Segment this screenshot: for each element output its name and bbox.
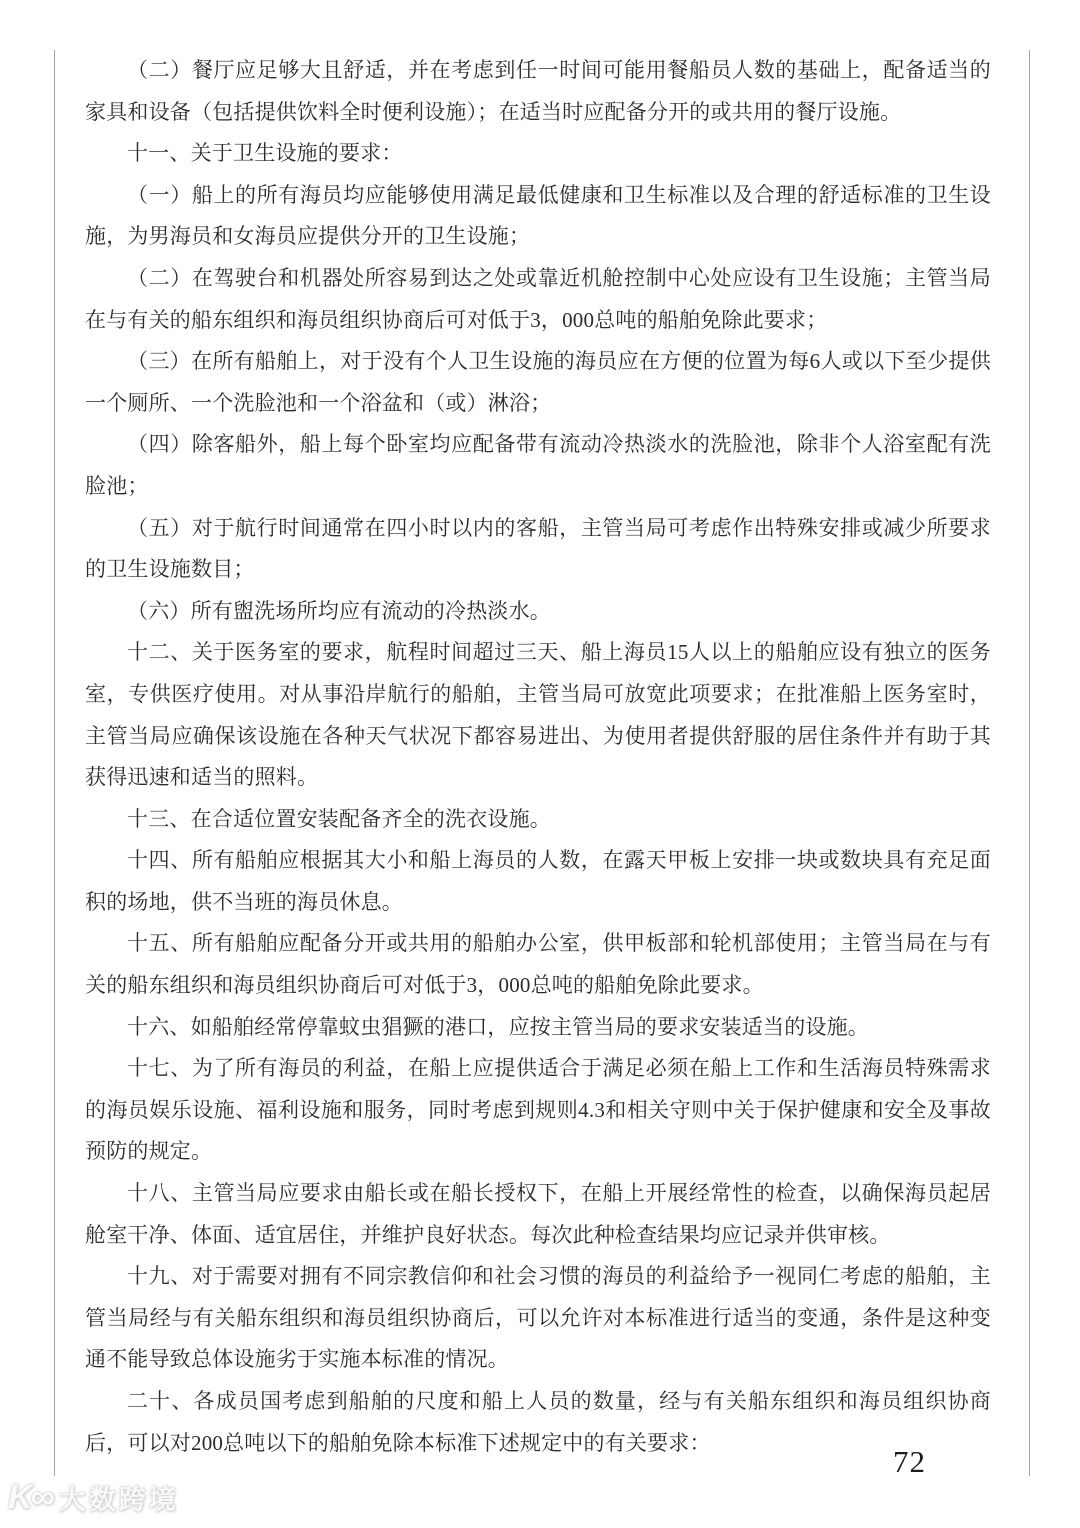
paragraph: （六）所有盥洗场所均应有流动的冷热淡水。 <box>85 591 991 633</box>
page-number: 72 <box>893 1444 926 1480</box>
paragraph: 十九、对于需要对拥有不同宗教信仰和社会习惯的海员的利益给予一视同仁考虑的船舶，主… <box>85 1256 991 1381</box>
watermark: K∞ 大数跨境 <box>8 1478 179 1517</box>
paragraph: 十三、在合适位置安装配备齐全的洗衣设施。 <box>85 799 991 841</box>
paragraph: （二）餐厅应足够大且舒适，并在考虑到任一时间可能用餐船员人数的基础上，配备适当的… <box>85 50 991 133</box>
paragraph: （二）在驾驶台和机器处所容易到达之处或靠近机舱控制中心处应设有卫生设施；主管当局… <box>85 258 991 341</box>
paragraph: （五）对于航行时间通常在四小时以内的客船，主管当局可考虑作出特殊安排或减少所要求… <box>85 508 991 591</box>
paragraph: 十六、如船舶经常停靠蚊虫猖獗的港口，应按主管当局的要求安装适当的设施。 <box>85 1007 991 1049</box>
paragraph: 十一、关于卫生设施的要求： <box>85 133 991 175</box>
watermark-brand-text: 大数跨境 <box>59 1478 179 1517</box>
page-border-left <box>54 50 55 1476</box>
page-border-right <box>1029 50 1030 1476</box>
paragraph: 十八、主管当局应要求由船长或在船长授权下，在船上开展经常性的检查，以确保海员起居… <box>85 1173 991 1256</box>
paragraph: 十五、所有船舶应配备分开或共用的船舶办公室，供甲板部和轮机部使用；主管当局在与有… <box>85 923 991 1006</box>
paragraph: 十四、所有船舶应根据其大小和船上海员的人数，在露天甲板上安排一块或数块具有充足面… <box>85 840 991 923</box>
document-body: （二）餐厅应足够大且舒适，并在考虑到任一时间可能用餐船员人数的基础上，配备适当的… <box>85 50 991 1464</box>
paragraph: 十二、关于医务室的要求，航程时间超过三天、船上海员15人以上的船舶应设有独立的医… <box>85 632 991 798</box>
brand-logo-icon: K∞ <box>8 1478 53 1517</box>
paragraph: （四）除客船外，船上每个卧室均应配备带有流动冷热淡水的洗脸池，除非个人浴室配有洗… <box>85 424 991 507</box>
paragraph: （三）在所有船舶上，对于没有个人卫生设施的海员应在方便的位置为每6人或以下至少提… <box>85 341 991 424</box>
document-page: （二）餐厅应足够大且舒适，并在考虑到任一时间可能用餐船员人数的基础上，配备适当的… <box>0 0 1080 1528</box>
paragraph: 二十、各成员国考虑到船舶的尺度和船上人员的数量，经与有关船东组织和海员组织协商后… <box>85 1381 991 1464</box>
paragraph: 十七、为了所有海员的利益，在船上应提供适合于满足必须在船上工作和生活海员特殊需求… <box>85 1048 991 1173</box>
paragraph: （一）船上的所有海员均应能够使用满足最低健康和卫生标准以及合理的舒适标准的卫生设… <box>85 175 991 258</box>
